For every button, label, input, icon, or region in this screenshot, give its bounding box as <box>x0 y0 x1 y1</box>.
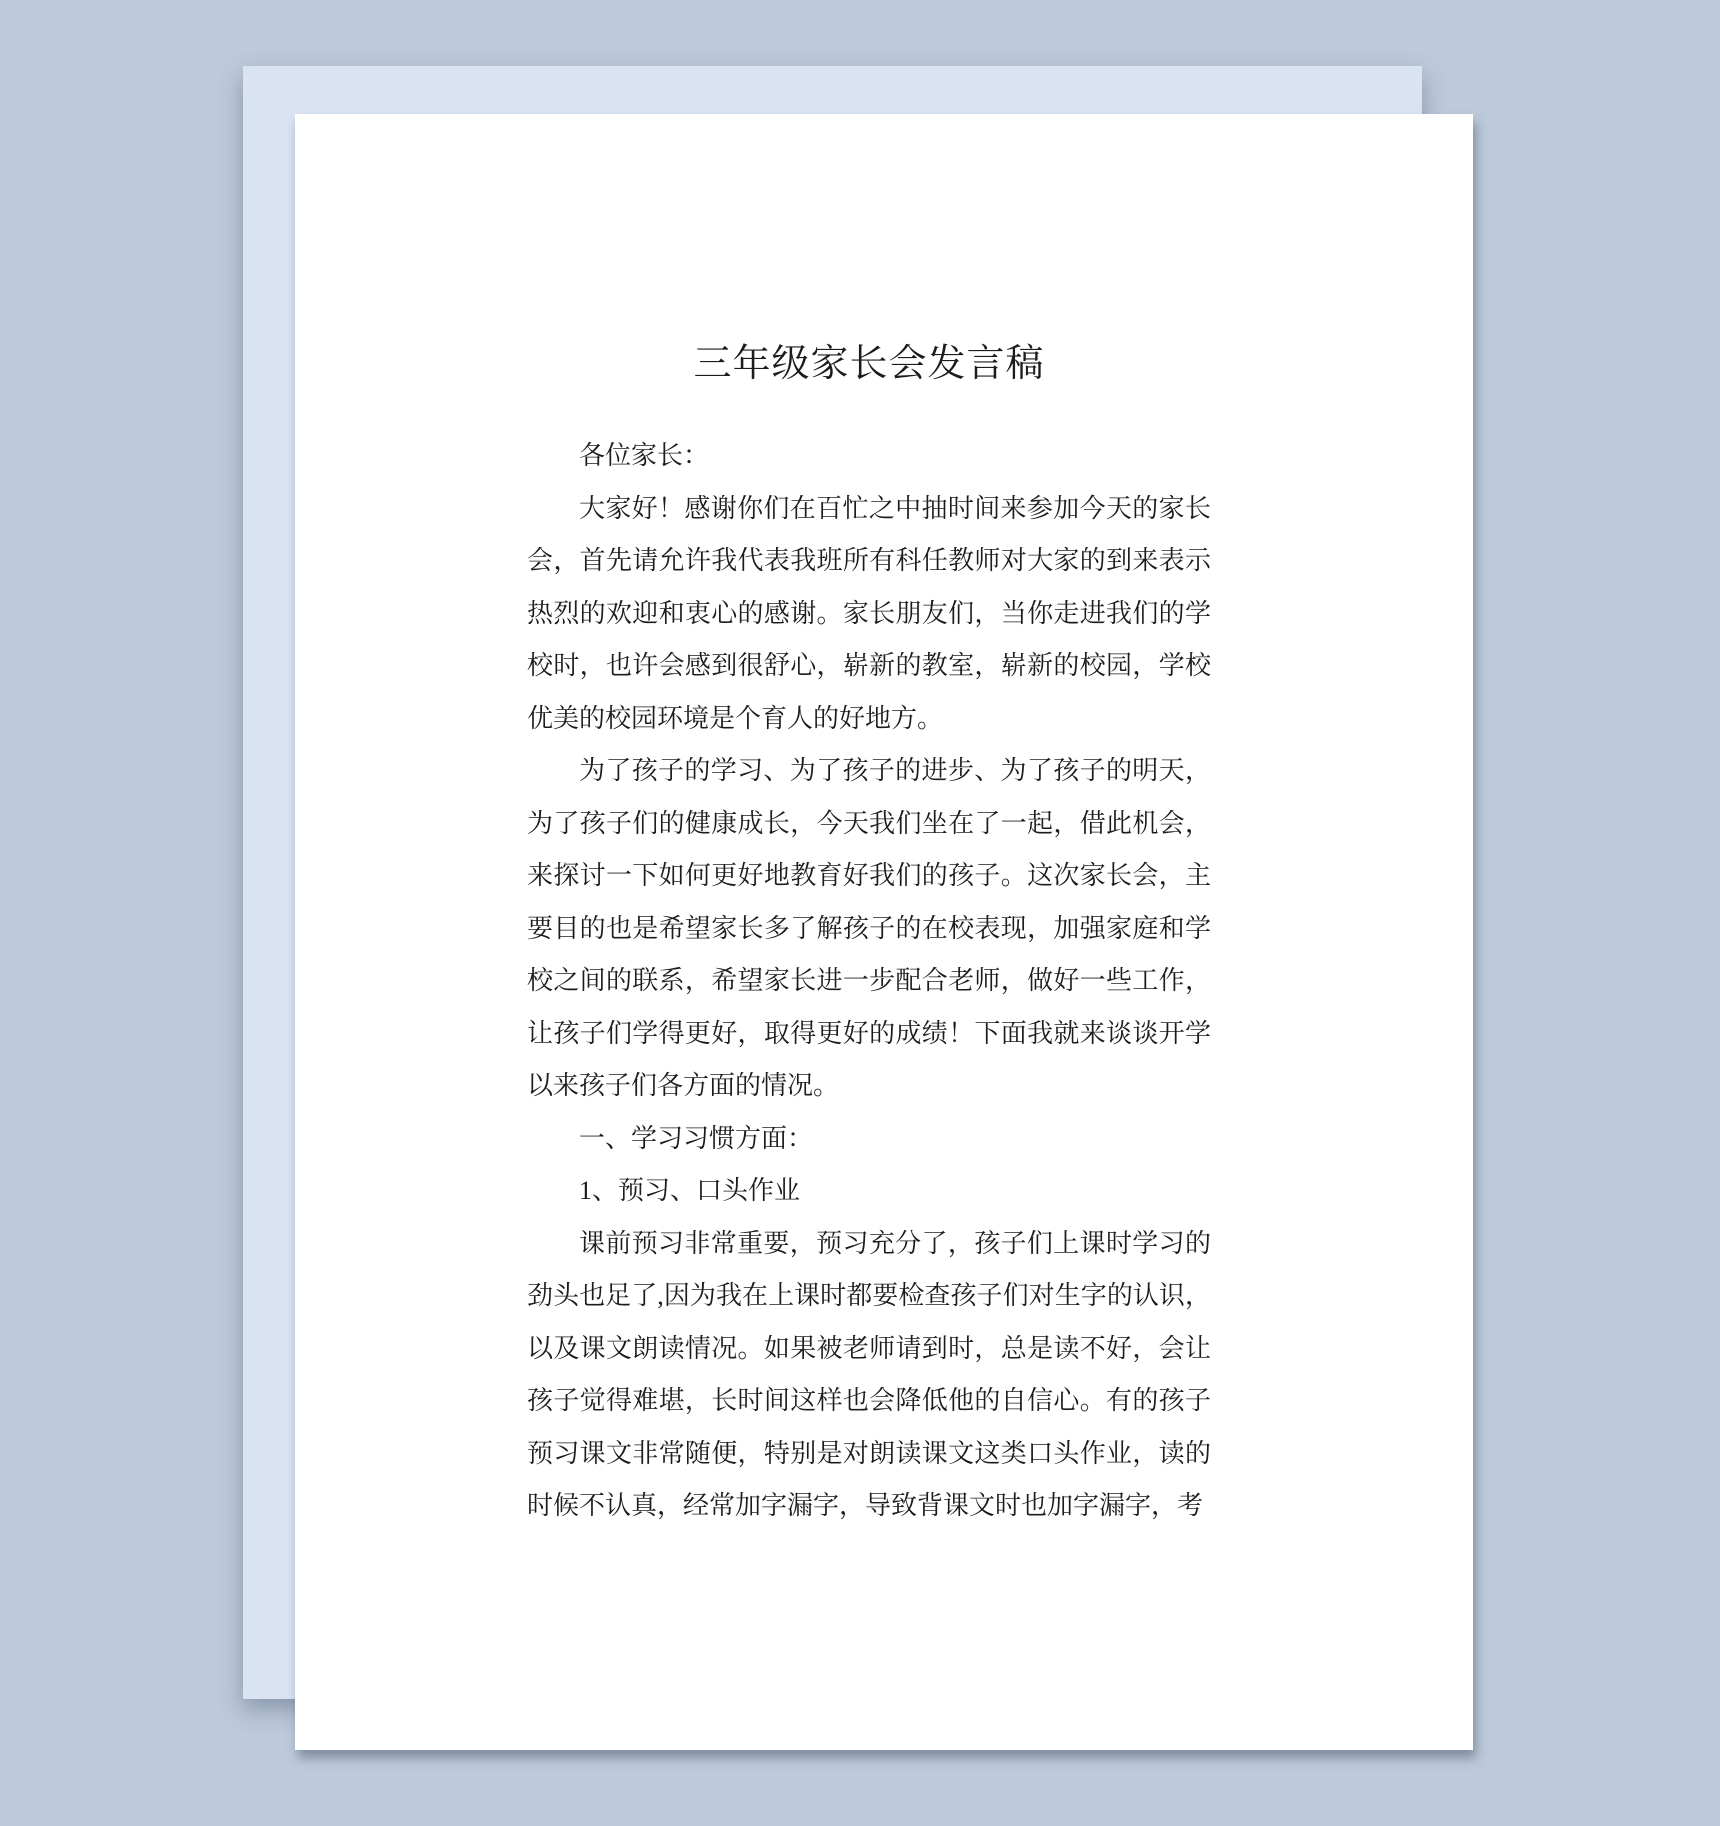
preview-homework-paragraph: 课前预习非常重要，预习充分了，孩子们上课时学习的劲头也足了,因为我在上课时都要检… <box>527 1218 1211 1533</box>
salutation-paragraph: 各位家长： <box>527 430 1211 483</box>
document-text-block: 三年级家长会发言稿 各位家长： 大家好！感谢你们在百忙之中抽时间来参加今天的家长… <box>527 345 1211 1533</box>
subsection-heading-preview-homework: 1、预习、口头作业 <box>527 1165 1211 1218</box>
welcome-paragraph: 大家好！感谢你们在百忙之中抽时间来参加今天的家长会，首先请允许我代表我班所有科任… <box>527 483 1211 746</box>
purpose-paragraph: 为了孩子的学习、为了孩子的进步、为了孩子的明天，为了孩子们的健康成长，今天我们坐… <box>527 745 1211 1113</box>
section-heading-study-habits: 一、学习习惯方面： <box>527 1113 1211 1166</box>
document-title: 三年级家长会发言稿 <box>527 345 1211 383</box>
document-page: 三年级家长会发言稿 各位家长： 大家好！感谢你们在百忙之中抽时间来参加今天的家长… <box>295 114 1473 1750</box>
page-background: { "document": { "title": "三年级家长会发言稿", "p… <box>0 0 1720 1826</box>
